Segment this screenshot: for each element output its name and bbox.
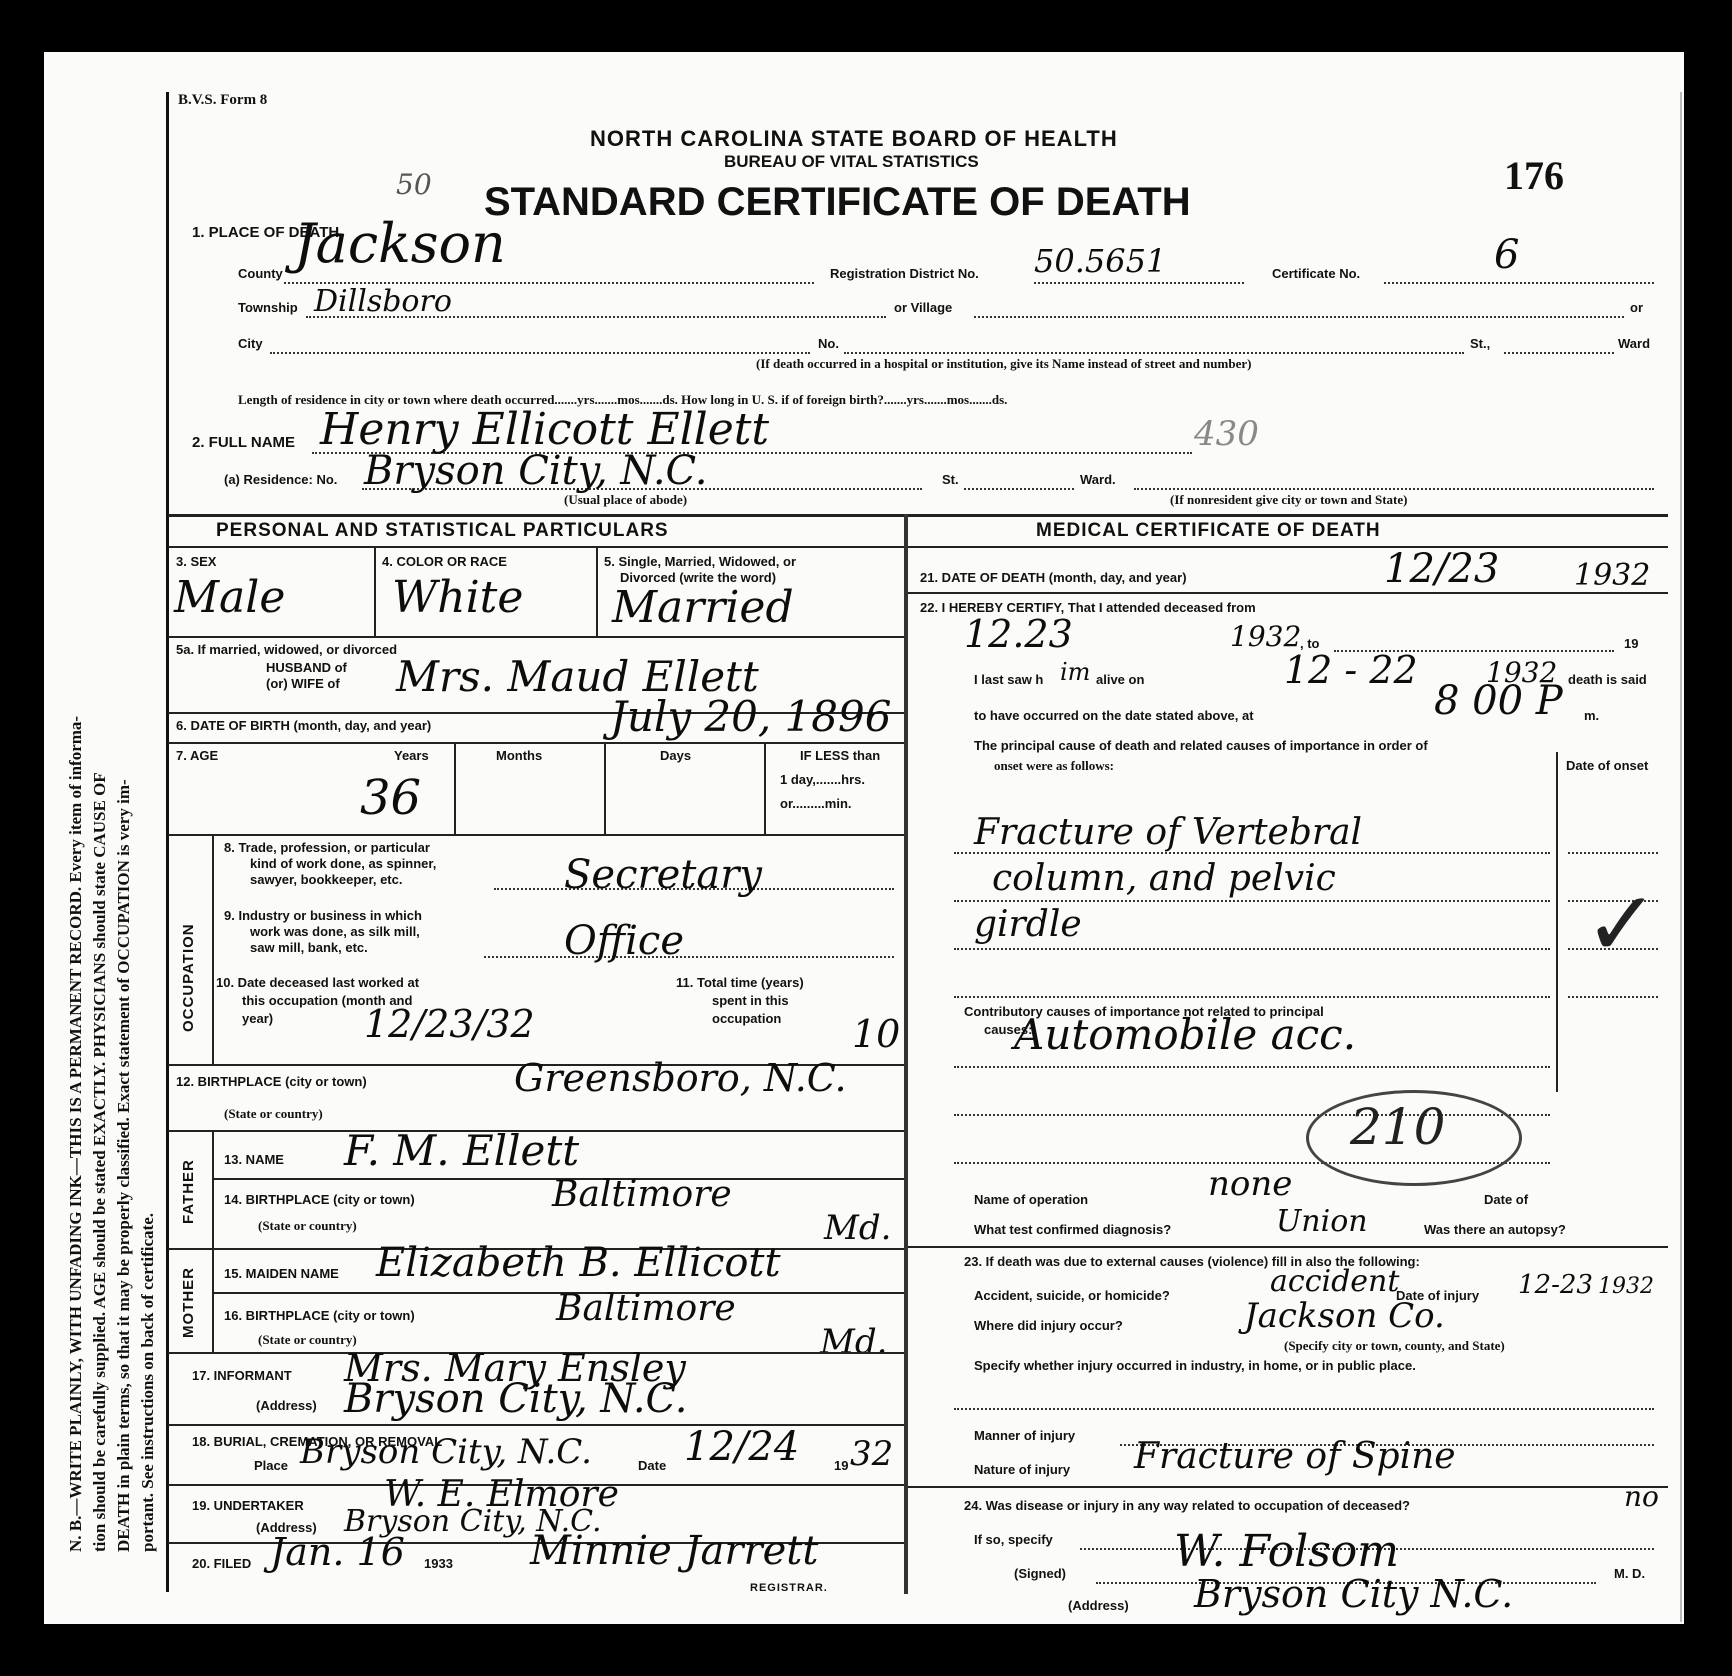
personal-section-title: PERSONAL AND STATISTICAL PARTICULARS	[216, 520, 669, 542]
margin-border	[166, 92, 169, 1592]
residence-st-label: St.	[942, 472, 959, 487]
where-note: (Specify city or town, county, and State…	[1284, 1338, 1505, 1354]
cause-line-2: column, and pelvic	[992, 858, 1336, 899]
physician-address-label: (Address)	[1068, 1598, 1129, 1613]
nature-value: Fracture of Spine	[1134, 1436, 1456, 1477]
township-value: Dillsboro	[314, 284, 452, 319]
attended-from: 12.23	[964, 612, 1073, 656]
mother-birthplace-value: Baltimore	[556, 1288, 736, 1329]
registrar-label: REGISTRAR.	[750, 1582, 828, 1594]
test-value: Union	[1276, 1204, 1368, 1239]
or-label: or	[1630, 300, 1643, 315]
father-name-label: 13. NAME	[224, 1152, 284, 1167]
last-saw-label-a: I last saw h	[974, 672, 1043, 687]
mother-name-value: Elizabeth B. Ellicott	[376, 1240, 781, 1286]
nonresident-note: (If nonresident give city or town and St…	[1170, 492, 1408, 508]
village-label: or Village	[894, 300, 952, 315]
form-id: B.V.S. Form 8	[178, 92, 267, 109]
last-saw-label-b: alive on	[1096, 672, 1144, 687]
birthplace-state-label: (State or country)	[224, 1106, 323, 1122]
to-year-prefix: 19	[1624, 636, 1638, 651]
filed-date: Jan. 16	[270, 1530, 405, 1574]
informant-label: 17. INFORMANT	[192, 1368, 292, 1383]
race-label: 4. COLOR OR RACE	[382, 554, 507, 569]
industry-label: 9. Industry or business in which work wa…	[224, 908, 422, 956]
trade-label: 8. Trade, profession, or particular kind…	[224, 840, 436, 888]
age-label: 7. AGE	[176, 748, 218, 763]
spouse-label-1: 5a. If married, widowed, or divorced	[176, 642, 397, 657]
if-so-label: If so, specify	[974, 1532, 1053, 1547]
occupation-vertical-label: OCCUPATION	[180, 923, 197, 1032]
birthplace-label: 12. BIRTHPLACE (city or town)	[176, 1074, 367, 1089]
md-label: M. D.	[1614, 1566, 1645, 1581]
residence-ward-label: Ward.	[1080, 472, 1116, 487]
burial-year-prefix: 19	[834, 1458, 848, 1473]
certificate-label: Certificate No.	[1272, 266, 1360, 281]
burial-place-value: Bryson City, N.C.	[300, 1432, 592, 1472]
registrar-signature: Minnie Jarrett	[530, 1528, 818, 1574]
abode-note: (Usual place of abode)	[564, 492, 687, 508]
occupation-related-label: 24. Was disease or injury in any way rel…	[964, 1498, 1410, 1513]
informant-address-value: Bryson City, N.C.	[344, 1376, 687, 1422]
column-divider	[904, 514, 908, 1594]
sex-label: 3. SEX	[176, 554, 216, 569]
full-name-label: 2. FULL NAME	[192, 434, 295, 451]
age-months-label: Months	[496, 748, 542, 763]
burial-place-label: Place	[254, 1458, 288, 1473]
time-value: 8 00 P	[1434, 678, 1563, 724]
physician-signature: W. Folsom	[1174, 1526, 1399, 1577]
st-label: St.,	[1470, 336, 1490, 351]
margin-instruction-3: DEATH in plain terms, so that it may be …	[114, 779, 134, 1552]
dob-label: 6. DATE OF BIRTH (month, day, and year)	[176, 718, 431, 733]
last-saw-pronoun: im	[1060, 658, 1090, 686]
death-said-label: death is said	[1568, 672, 1647, 687]
last-worked-value: 12/23/32	[364, 1002, 535, 1046]
nature-label: Nature of injury	[974, 1462, 1070, 1477]
onset-label: Date of onset	[1566, 758, 1648, 773]
full-name-annotation: 430	[1194, 414, 1259, 454]
injury-year: 1932	[1598, 1274, 1654, 1299]
signed-label: (Signed)	[1014, 1566, 1066, 1581]
cause-line-3: girdle	[974, 904, 1082, 945]
marital-label-1: 5. Single, Married, Widowed, or	[604, 554, 796, 569]
marital-value: Married	[612, 582, 794, 633]
county-value: Jackson	[294, 212, 506, 275]
accident-label: Accident, suicide, or homicide?	[974, 1288, 1170, 1303]
board-name: NORTH CAROLINA STATE BOARD OF HEALTH	[590, 126, 1118, 152]
occurred-label: to have occurred on the date stated abov…	[974, 708, 1254, 723]
manner-label: Manner of injury	[974, 1428, 1075, 1443]
contrib-value: Automobile acc.	[1014, 1010, 1356, 1059]
city-label: City	[238, 336, 263, 351]
age-years-value: 36	[360, 770, 421, 826]
specify-label: Specify whether injury occurred in indus…	[974, 1358, 1416, 1373]
autopsy-label: Was there an autopsy?	[1424, 1222, 1566, 1237]
where-label: Where did injury occur?	[974, 1318, 1123, 1333]
hospital-note: (If death occurred in a hospital or inst…	[756, 356, 1251, 372]
filed-year: 1933	[424, 1556, 453, 1571]
spouse-label-2: HUSBAND of	[266, 660, 347, 675]
age-less-1: IF LESS than	[800, 748, 880, 763]
margin-note-50: 50	[396, 168, 432, 201]
burial-date-label: Date	[638, 1458, 666, 1473]
circled-code: 210	[1350, 1098, 1445, 1156]
death-certificate: N. B.—WRITE PLAINLY, WITH UNFADING INK—T…	[44, 52, 1684, 1624]
birthplace-value: Greensboro, N.C.	[514, 1056, 847, 1100]
injury-date-value: 12-23	[1518, 1270, 1593, 1300]
father-state-label: (State or country)	[258, 1218, 357, 1234]
father-vertical-label: FATHER	[180, 1159, 197, 1224]
reg-district-value: 50.5651	[1034, 242, 1166, 280]
sex-value: Male	[174, 572, 285, 623]
test-label: What test confirmed diagnosis?	[974, 1222, 1171, 1237]
dod-value: 12/23	[1384, 546, 1499, 592]
cause-label-1: The principal cause of death and related…	[974, 738, 1428, 753]
cause-label-2: onset were as follows:	[994, 758, 1114, 774]
undertaker-label: 19. UNDERTAKER	[192, 1498, 304, 1513]
residence-label: (a) Residence: No.	[224, 472, 337, 487]
mother-state-label: (State or country)	[258, 1332, 357, 1348]
time-suffix: m.	[1584, 708, 1599, 723]
mother-birthplace-label: 16. BIRTHPLACE (city or town)	[224, 1308, 415, 1323]
father-state-value: Md.	[824, 1208, 891, 1248]
mother-vertical-label: MOTHER	[180, 1267, 197, 1338]
operation-label: Name of operation	[974, 1192, 1088, 1207]
industry-value: Office	[564, 918, 684, 964]
mother-name-label: 15. MAIDEN NAME	[224, 1266, 339, 1281]
father-birthplace-value: Baltimore	[552, 1174, 732, 1215]
burial-year-value: 32	[850, 1434, 893, 1474]
margin-instruction-4: portant. See instructions on back of cer…	[138, 1213, 158, 1552]
residence-value: Bryson City, N.C.	[364, 448, 707, 494]
burial-date-value: 12/24	[684, 1424, 799, 1470]
occupation-related-value: no	[1624, 1480, 1659, 1513]
father-birthplace-label: 14. BIRTHPLACE (city or town)	[224, 1192, 415, 1207]
spouse-label-3: (or) WIFE of	[266, 676, 340, 691]
age-days-label: Days	[660, 748, 691, 763]
filed-label: 20. FILED	[192, 1556, 251, 1571]
father-name-value: F. M. Ellett	[344, 1126, 579, 1175]
trade-value: Secretary	[564, 852, 762, 898]
informant-address-label: (Address)	[256, 1398, 317, 1413]
operation-value: none	[1208, 1164, 1292, 1204]
stamp-number: 176	[1504, 152, 1564, 199]
dod-year: 1932	[1574, 558, 1650, 593]
township-label: Township	[238, 300, 298, 315]
county-label: County	[238, 266, 283, 281]
check-mark-icon: ✓	[1584, 872, 1659, 977]
age-years-label: Years	[394, 748, 429, 763]
margin-instruction-2: tion should be carefully supplied. AGE s…	[90, 772, 110, 1552]
dod-label: 21. DATE OF DEATH (month, day, and year)	[920, 570, 1187, 585]
page-title: STANDARD CERTIFICATE OF DEATH	[484, 180, 1191, 225]
margin-instruction-1: N. B.—WRITE PLAINLY, WITH UNFADING INK—T…	[66, 716, 86, 1552]
reg-district-label: Registration District No.	[830, 266, 979, 281]
no-label: No.	[818, 336, 839, 351]
mother-state-value: Md.	[820, 1322, 887, 1362]
certificate-value: 6	[1494, 232, 1519, 278]
last-saw-value: 12 - 22	[1284, 648, 1418, 692]
where-value: Jackson Co.	[1244, 1296, 1445, 1336]
bureau-name: BUREAU OF VITAL STATISTICS	[724, 152, 979, 172]
medical-section-title: MEDICAL CERTIFICATE OF DEATH	[1036, 520, 1381, 542]
dob-value: July 20, 1896	[610, 692, 891, 741]
age-less-2: 1 day,.......hrs.	[780, 772, 865, 787]
operation-date-label: Date of	[1484, 1192, 1528, 1207]
race-value: White	[392, 572, 523, 623]
ward-label: Ward	[1618, 336, 1650, 351]
accident-value: accident	[1270, 1264, 1399, 1299]
physician-address-value: Bryson City N.C.	[1194, 1572, 1513, 1616]
age-less-3: or.........min.	[780, 796, 852, 811]
cause-line-1: Fracture of Vertebral	[974, 812, 1362, 853]
total-time-label: 11. Total time (years) spent in this occ…	[676, 974, 804, 1028]
total-time-value: 10	[852, 1012, 900, 1056]
